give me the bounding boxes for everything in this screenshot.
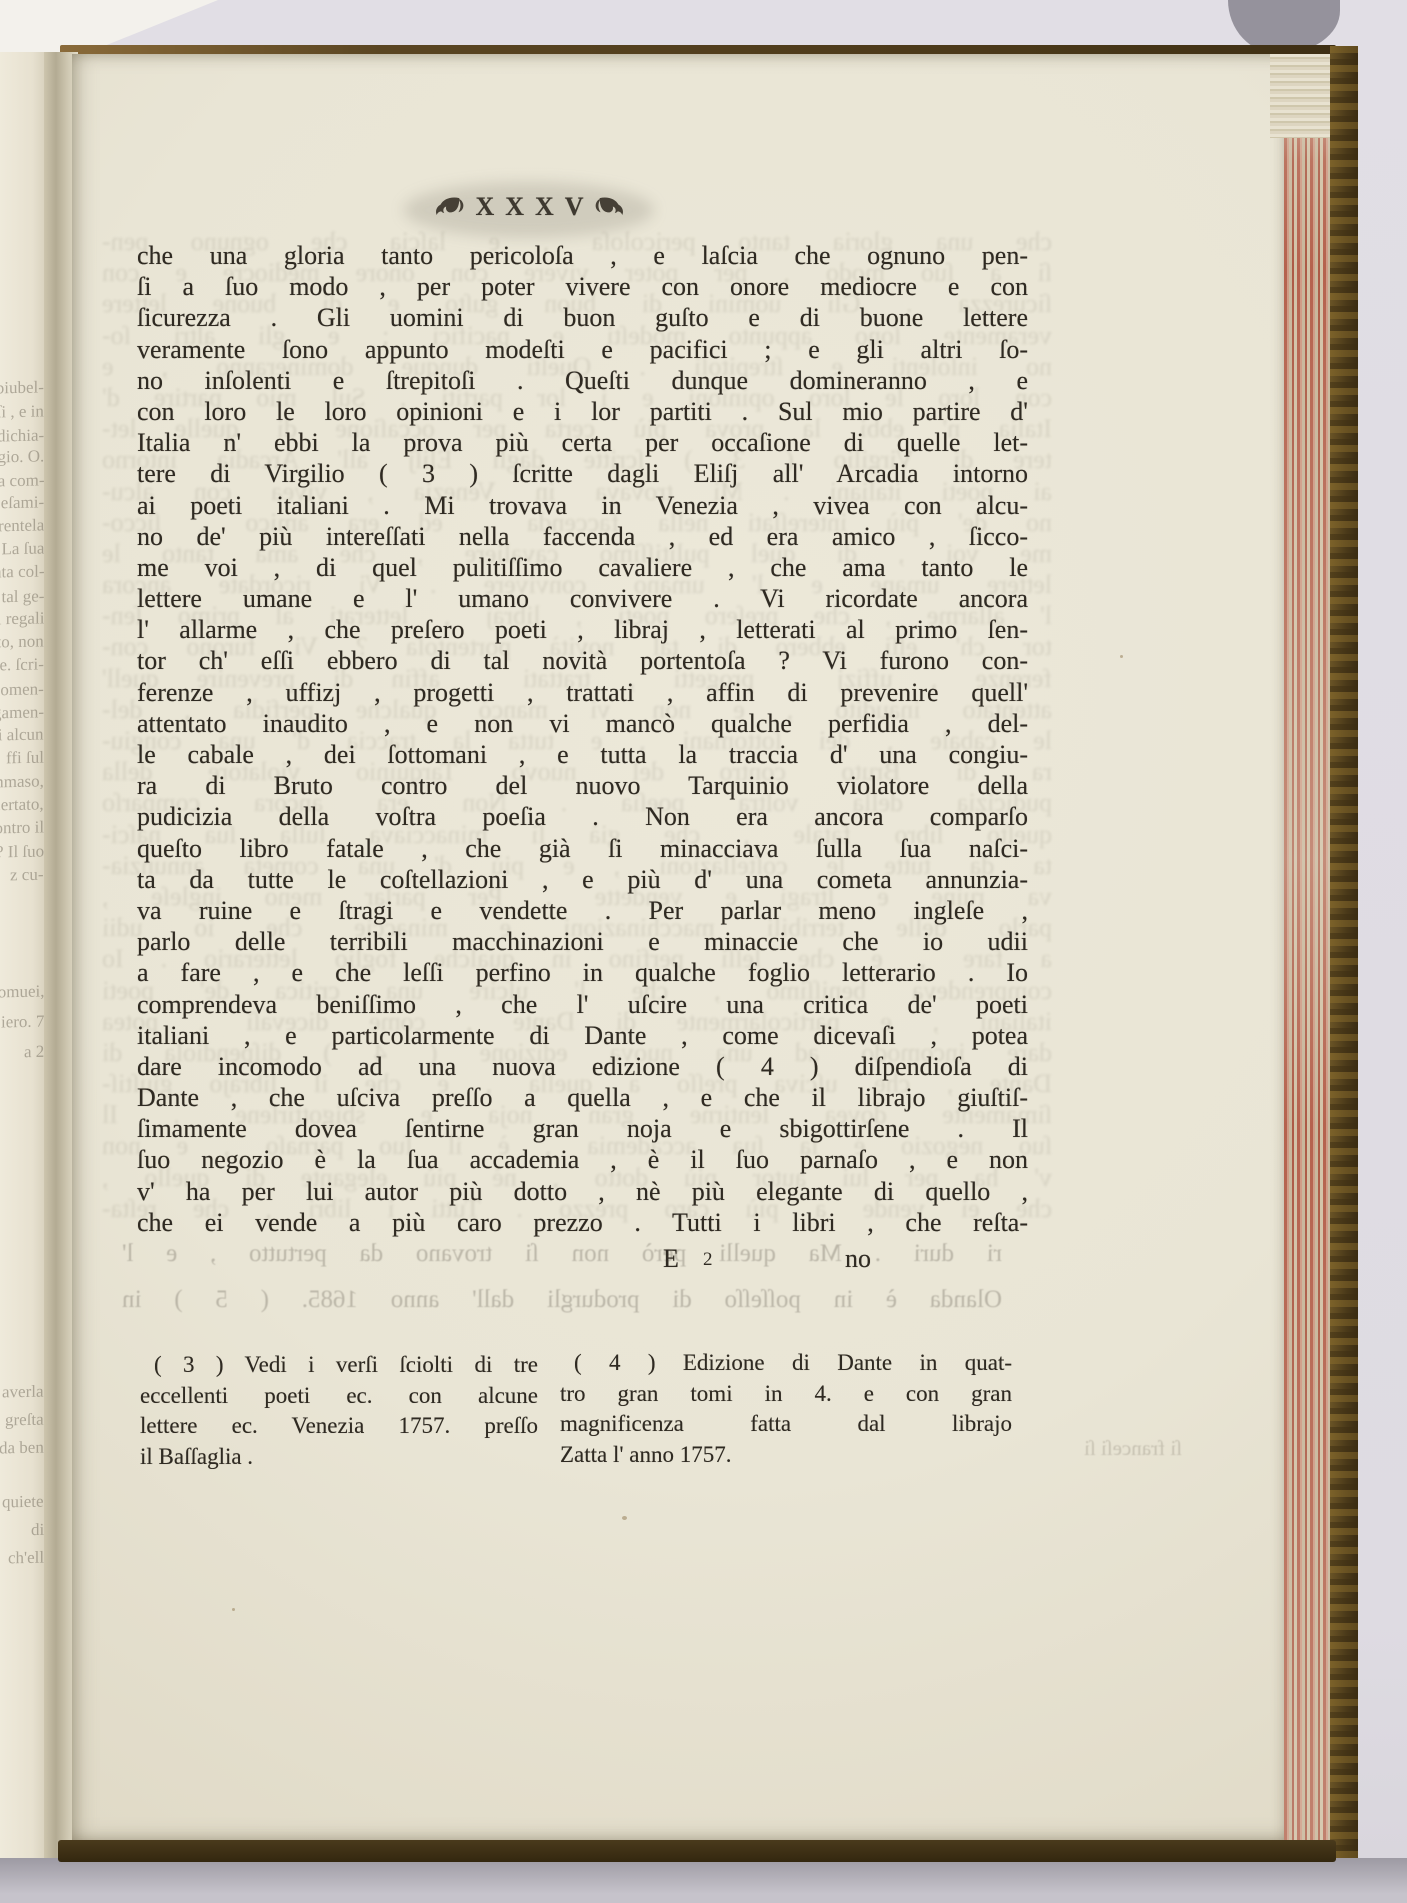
footnote-line: il Baſſaglia . — [140, 1442, 538, 1473]
paper-stain — [232, 1608, 235, 1611]
body-text: che una gloria tanto pericoloſa , e laſc… — [137, 240, 1028, 1238]
facing-page-text-fragment: iero. 7 — [1, 1012, 44, 1033]
body-text-line: tor ch' eſſi ebbero di tal novità porten… — [137, 645, 1028, 676]
facing-page-text-fragment: in tal ge- — [0, 586, 44, 607]
body-text-line: va ruine e ſtragi e vendette . Per parla… — [137, 895, 1028, 926]
body-text-line: a fare , e che leſſi perfino in qualche … — [137, 957, 1028, 988]
bleedthrough-line: Olanda è in poſſeſſo di produrgli dall' … — [122, 1286, 1002, 1314]
paper-stain — [1120, 655, 1123, 658]
body-text-line: Dante , che uſciva preſſo a quella , e c… — [137, 1082, 1028, 1113]
facing-page-text-fragment: quiete — [2, 1492, 44, 1513]
facing-page-text-fragment: y a com- — [0, 470, 44, 491]
fleuron-left-icon — [433, 195, 465, 220]
facing-page-text-fragment: ſpiubel- — [0, 377, 44, 398]
body-text-line: le cabale , dei ſottomani , e tutta la t… — [137, 739, 1028, 770]
facing-page-text-fragment: rſi , e in — [0, 401, 44, 422]
facing-page-text-fragment: parentela — [0, 515, 44, 536]
facing-page-text-fragment: dichia- — [0, 426, 44, 447]
book-scan: ſpiubel-rſi , e indichia-ggio. O.y a com… — [0, 0, 1407, 1903]
body-text-line: pudicizia della voſtra poeſia . Non era … — [137, 801, 1028, 832]
body-text-line: comprendeva beniſſimo , che l' uſcire un… — [137, 989, 1028, 1020]
body-text-line: l' allarme , che preſero poeti , libraj … — [137, 614, 1028, 645]
facing-page-text-fragment: ? Il ſuo — [0, 841, 44, 862]
facing-page-text-fragment: ffi ſul — [6, 748, 44, 769]
fleuron-right-icon — [594, 195, 626, 220]
facing-page-text-fragment: ch'ell — [8, 1548, 44, 1569]
body-text-line: attentato inaudito , e non vi mancò qual… — [137, 708, 1028, 739]
facing-page-text-fragment: lomuei, — [0, 981, 44, 1002]
body-text-line: ra di Bruto contro del nuovo Tarquinio v… — [137, 770, 1028, 801]
footnote-4: ( 4 ) Edizione di Dante in quat-tro gran… — [560, 1348, 1012, 1470]
body-text-line: lettere umane e l' umano convivere . Vi … — [137, 583, 1028, 614]
body-text-line: ſicurezza . Gli uomini di buon guſto e d… — [137, 302, 1028, 333]
facing-page-text-fragment: ommaso, — [0, 771, 44, 792]
leather-cover-right — [1330, 46, 1358, 1858]
paper-stain — [622, 1516, 627, 1520]
facing-page-text-fragment: contro il — [0, 817, 44, 838]
body-text-line: ai poeti italiani . Mi trovava in Venezi… — [137, 490, 1028, 521]
facing-page-text-fragment: , La ſua — [0, 538, 44, 559]
footnote-line: Zatta l' anno 1757. — [560, 1440, 1012, 1471]
footnote-line: ( 3 ) Vedi i verſi ſciolti di tre — [140, 1350, 538, 1381]
body-text-line: ſi a ſuo modo , per poter vivere con ono… — [137, 271, 1028, 302]
body-text-line: tere di Virgilio ( 3 ) ſcritte dagli Eli… — [137, 458, 1028, 489]
facing-page-text-fragment: ne. ſcri- — [0, 654, 44, 675]
footnote-line: eccellenti poeti ec. con alcune — [140, 1381, 538, 1412]
facing-page-text-fragment: ſi alcun — [0, 724, 44, 745]
facing-page-text-fragment: pagamen- — [0, 702, 44, 723]
facing-page-text-fragment: ſi eſami- — [0, 492, 44, 513]
body-text-line: che ei vende a più caro prezzo . Tutti i… — [137, 1207, 1028, 1238]
fore-edge-red-sprinkle — [1284, 54, 1330, 1842]
body-text-line: Italia n' ebbi la prova più certa per oc… — [137, 427, 1028, 458]
body-text-line: ta da tutte le coſtellazioni , e più d' … — [137, 864, 1028, 895]
body-text-line: no de' più intereſſati nella faccenda , … — [137, 521, 1028, 552]
facing-page-text-fragment: greſta — [5, 1410, 44, 1431]
body-text-line: che una gloria tanto pericoloſa , e laſc… — [137, 240, 1028, 271]
body-text-line: parlo delle terribili macchinazioni e mi… — [137, 926, 1028, 957]
facing-page-text-fragment: ggio. O. — [0, 446, 44, 467]
signature-mark: E — [663, 1244, 679, 1274]
facing-page-text-fragment: o i regali — [0, 608, 44, 629]
catchword: no — [845, 1244, 871, 1274]
facing-page-text-fragment: da ben — [0, 1438, 44, 1459]
body-text-line: italiani , e particolarmente di Dante , … — [137, 1020, 1028, 1051]
body-text-line: veramente ſono appunto modeſti e pacific… — [137, 334, 1028, 365]
footnote-3: ( 3 ) Vedi i verſi ſciolti di treeccelle… — [140, 1350, 538, 1472]
facing-page-text-fragment: a 2 — [24, 1042, 44, 1062]
footnote-line: lettere ec. Venezia 1757. preſſo — [140, 1411, 538, 1442]
footnote-line: tro gran tomi in 4. e con gran — [560, 1379, 1012, 1410]
body-text-line: con loro le loro opinioni e i lor partit… — [137, 396, 1028, 427]
body-text-line: no inſolenti e ſtrepitoſi . Queſti dunqu… — [137, 365, 1028, 396]
body-text-line: ſimamente dovea ſentirne gran noja e sbi… — [137, 1113, 1028, 1144]
running-head: XXXV — [422, 192, 637, 222]
body-text-line: ferenze , uffizj , progetti , trattati ,… — [137, 677, 1028, 708]
facing-page-strip: ſpiubel-rſi , e indichia-ggio. O.y a com… — [0, 52, 46, 1858]
body-text-line: dare incomodo ad una nuova edizione ( 4 … — [137, 1051, 1028, 1082]
signature-number: 2 — [703, 1249, 713, 1271]
signature-row: E 2 no — [137, 1244, 1028, 1278]
body-text-line: queſto libro fatale , che già ſi minacci… — [137, 833, 1028, 864]
facing-page-text-fragment: ato, non — [0, 631, 44, 652]
page-stack-edges — [1270, 54, 1330, 138]
body-text-line: v' ha per lui autor più dotto , nè più e… — [137, 1176, 1028, 1207]
leather-cover-bottom — [58, 1840, 1336, 1862]
facing-page-text-fragment: argomen- — [0, 679, 44, 700]
bleedthrough-fragment: ſi franceſi ſi — [1012, 1436, 1182, 1461]
facing-page-text-fragment: ascertato, — [0, 794, 44, 815]
facing-page-text-fragment: z cu- — [10, 865, 44, 886]
book-page: che una gloria tanto pericoloſa , e laſc… — [72, 54, 1284, 1840]
body-text-line: ſuo negozio è la ſua accademia , è il ſu… — [137, 1144, 1028, 1175]
facing-page-text-fragment: di — [31, 1520, 44, 1540]
facing-page-text-fragment: averla — [2, 1382, 44, 1403]
facing-page-text-fragment: ata col- — [0, 561, 44, 582]
scanner-bottom-shadow — [0, 1858, 1407, 1903]
body-text-line: me voi , di quel pulitiſſimo cavaliere ,… — [137, 552, 1028, 583]
footnote-line: ( 4 ) Edizione di Dante in quat- — [560, 1348, 1012, 1379]
footnote-line: magnificenza fatta dal librajo — [560, 1409, 1012, 1440]
